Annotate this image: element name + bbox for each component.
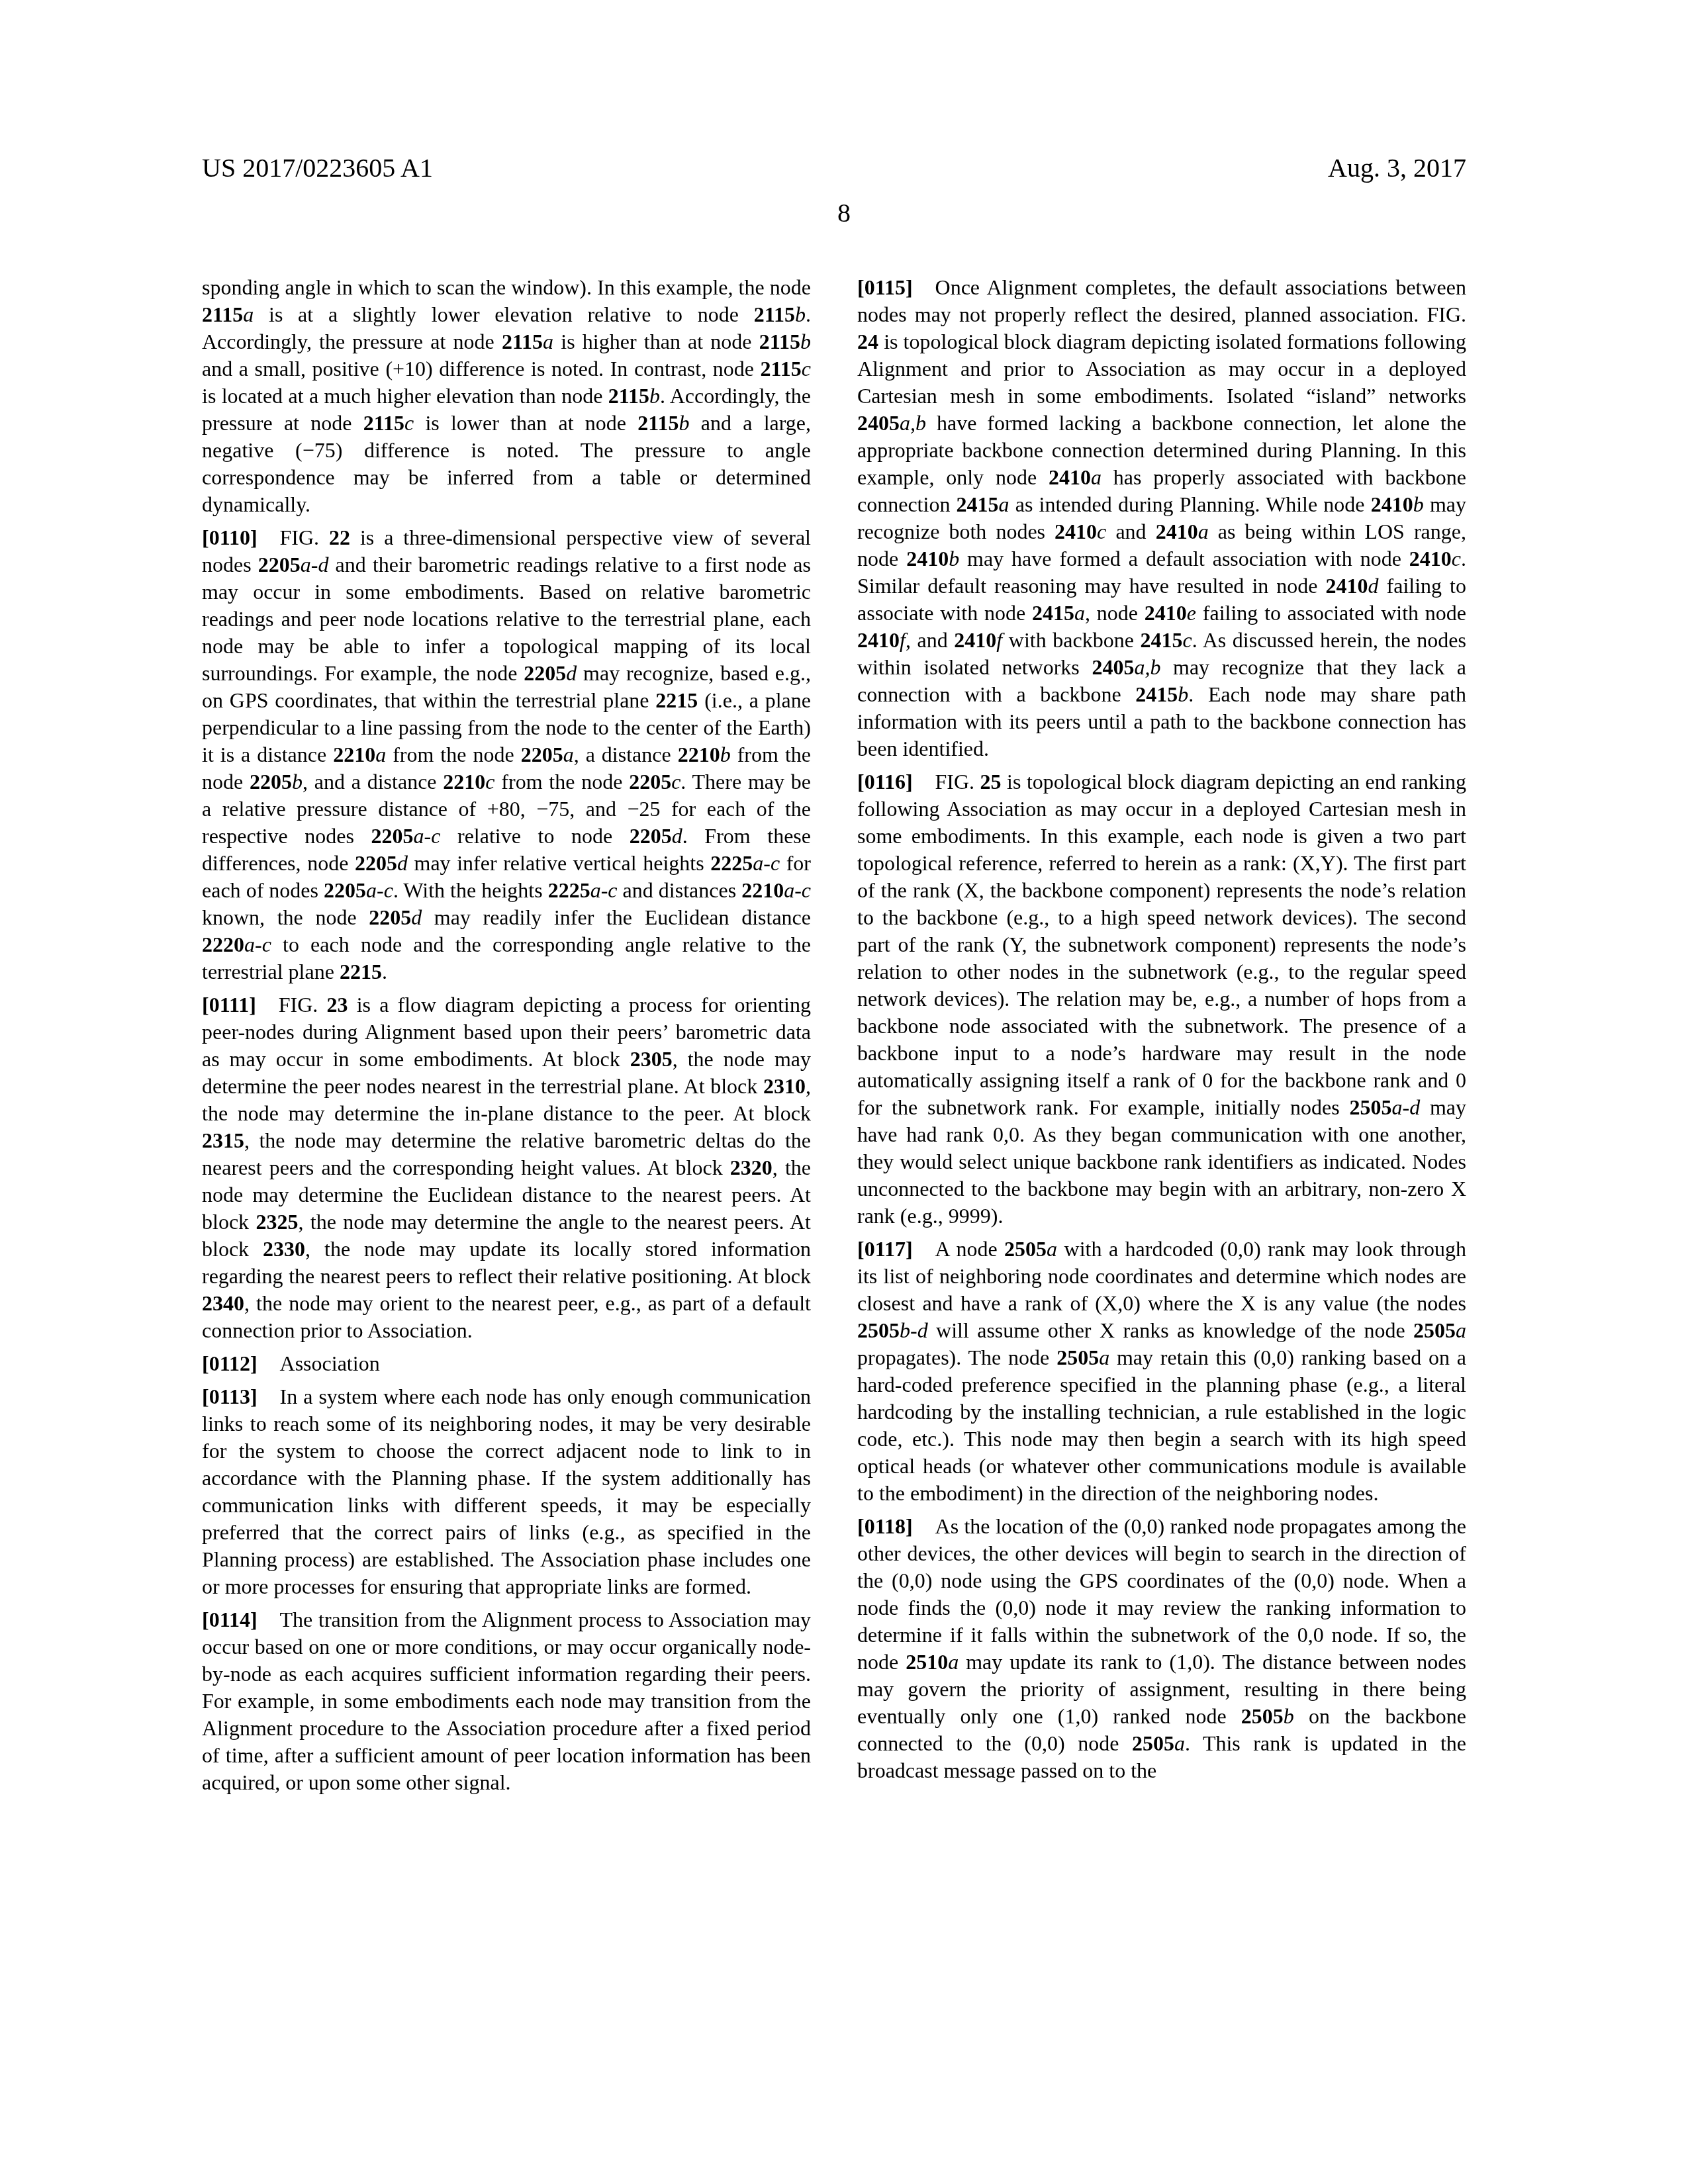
paragraph: [0110]FIG. 22 is a three-dimensional per… (202, 524, 811, 985)
paragraph-text: The transition from the Alignment proces… (202, 1608, 811, 1794)
patent-body: sponding angle in which to scan the wind… (202, 274, 1466, 1796)
paragraph: [0116]FIG. 25 is topological block diagr… (857, 768, 1466, 1230)
patent-number: US 2017/0223605 A1 (202, 154, 433, 183)
paragraph-number: [0115] (857, 275, 913, 299)
left-column: sponding angle in which to scan the wind… (202, 274, 811, 1796)
patent-page: US 2017/0223605 A1 Aug. 3, 2017 8 spondi… (0, 0, 1688, 2184)
paragraph-number: [0113] (202, 1385, 258, 1408)
paragraph-text: FIG. 25 is topological block diagram dep… (857, 770, 1466, 1228)
paragraph-text: As the location of the (0,0) ranked node… (857, 1514, 1466, 1782)
right-column: [0115]Once Alignment completes, the defa… (857, 274, 1466, 1796)
paragraph-text: In a system where each node has only eno… (202, 1385, 811, 1598)
paragraph-number: [0117] (857, 1237, 913, 1261)
paragraph-number: [0114] (202, 1608, 258, 1631)
paragraph: [0112]Association (202, 1350, 811, 1377)
page-header: US 2017/0223605 A1 Aug. 3, 2017 (202, 154, 1466, 183)
paragraph: [0115]Once Alignment completes, the defa… (857, 274, 1466, 762)
paragraph-text: Once Alignment completes, the default as… (857, 275, 1466, 760)
page-number: 8 (0, 199, 1688, 228)
paragraph-text: Association (280, 1351, 380, 1375)
paragraph-text: FIG. 23 is a flow diagram depicting a pr… (202, 993, 811, 1342)
paragraph: [0113]In a system where each node has on… (202, 1383, 811, 1600)
paragraph: [0111]FIG. 23 is a flow diagram depictin… (202, 991, 811, 1344)
paragraph: [0118]As the location of the (0,0) ranke… (857, 1513, 1466, 1784)
paragraph-number: [0116] (857, 770, 913, 794)
paragraph: sponding angle in which to scan the wind… (202, 274, 811, 518)
publication-date: Aug. 3, 2017 (1328, 154, 1466, 183)
paragraph-number: [0111] (202, 993, 256, 1017)
paragraph-number: [0110] (202, 525, 258, 549)
paragraph-text: sponding angle in which to scan the wind… (202, 275, 811, 516)
paragraph-text: A node 2505a with a hardcoded (0,0) rank… (857, 1237, 1466, 1505)
paragraph-text: FIG. 22 is a three-dimensional perspecti… (202, 525, 811, 983)
paragraph-number: [0112] (202, 1351, 258, 1375)
paragraph-number: [0118] (857, 1514, 913, 1538)
paragraph: [0117]A node 2505a with a hardcoded (0,0… (857, 1236, 1466, 1507)
paragraph: [0114]The transition from the Alignment … (202, 1606, 811, 1796)
